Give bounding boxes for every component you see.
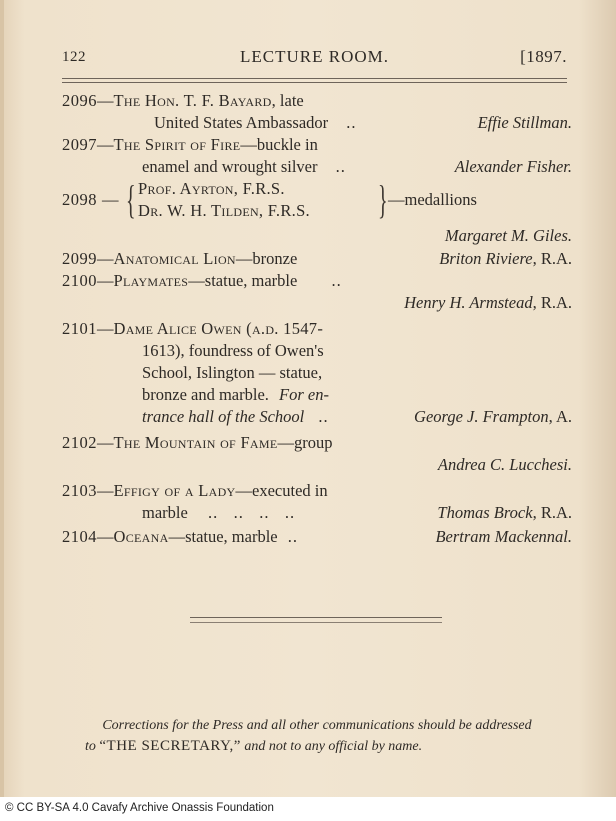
entry-text: —executed in xyxy=(236,481,328,500)
leader-dots: .. .. .. .. xyxy=(208,503,295,522)
entry-2102-line-2: Andrea C. Lucchesi. xyxy=(62,454,572,476)
entry-artist: Effie Stillman. xyxy=(478,112,572,134)
entry-title: Anatomical Lion xyxy=(114,249,236,268)
entry-2097-line-1: 2097—The Spirit of Fire—buckle in xyxy=(62,134,572,156)
entry-text: —medallions xyxy=(388,189,477,211)
entry-artist: George J. Frampton xyxy=(414,407,549,426)
entry-2097-line-2: enamel and wrought silver .. Alexander F… xyxy=(62,156,572,178)
entry-2101-line-5: trance hall of the School .. George J. F… xyxy=(62,406,572,428)
entry-2099: 2099—Anatomical Lion—bronze Briton Rivie… xyxy=(62,248,572,270)
entry-number: 2102 xyxy=(62,433,97,452)
entry-note: For en- xyxy=(279,385,329,404)
entry-2100-line-1: 2100—Playmates—statue, marble .. xyxy=(62,270,572,292)
entry-2101-line-4: bronze and marble. For en- xyxy=(62,384,572,406)
entry-artist-block: Briton Riviere, R.A. xyxy=(439,248,572,270)
entry-title: Effigy of a Lady xyxy=(114,481,236,500)
entry-artist: Thomas Brock xyxy=(437,503,532,522)
entry-text: , late xyxy=(272,91,304,110)
entry-number: 2098 xyxy=(62,189,97,211)
right-brace-icon: } xyxy=(378,178,388,222)
entry-title: The Mountain of Fame xyxy=(114,433,278,452)
leader-dots: .. xyxy=(331,271,341,290)
sitter-name: Prof. Ayrton, F.R.S. xyxy=(138,178,310,200)
entry-number: 2097 xyxy=(62,135,97,154)
entry-text: —bronze xyxy=(236,249,297,268)
entry-artist-block: Henry H. Armstead, R.A. xyxy=(404,292,572,314)
footer-prefix: to xyxy=(85,739,99,754)
header-rule xyxy=(62,78,567,83)
entry-artist: Alexander Fisher. xyxy=(455,156,572,178)
entry-artist: Bertram Mackennal. xyxy=(435,526,572,548)
entry-artist: Briton Riviere xyxy=(439,249,532,268)
entry-number: 2100 xyxy=(62,271,97,290)
entry-text: marble xyxy=(142,503,188,522)
footer-suffix: and not to any official by name. xyxy=(241,739,422,754)
entry-2098: 2098 — { Prof. Ayrton, F.R.S. Dr. W. H. … xyxy=(62,178,572,222)
entry-text: —statue, marble xyxy=(188,271,297,290)
leader-dots: .. xyxy=(318,407,328,426)
entry-artist-block: Thomas Brock, R.A. xyxy=(437,502,572,524)
sitter-name: Dr. W. H. Tilden, F.R.S. xyxy=(138,200,310,222)
entry-text: —buckle in xyxy=(240,135,317,154)
entry-note: trance hall of the School xyxy=(142,407,304,426)
copyright-credit: © CC BY-SA 4.0 Cavafy Archive Onassis Fo… xyxy=(5,802,274,814)
leader-dots: .. xyxy=(336,157,346,176)
entry-number: 2103 xyxy=(62,481,97,500)
section-title: LECTURE ROOM. xyxy=(62,47,567,67)
running-header: 122 LECTURE ROOM. [1897. xyxy=(62,47,567,71)
entry-text: —statue, marble xyxy=(169,527,278,546)
sitter-names: Prof. Ayrton, F.R.S. Dr. W. H. Tilden, F… xyxy=(138,178,310,222)
entry-title: Dame Alice Owen (a.d. 1547- xyxy=(114,319,324,338)
entry-2104: 2104—Oceana—statue, marble .. Bertram Ma… xyxy=(62,526,572,548)
footer-note-line-1: Corrections for the Press and all other … xyxy=(62,715,572,736)
entry-artist: Andrea C. Lucchesi. xyxy=(438,454,572,476)
entry-artist-block: George J. Frampton, A. xyxy=(414,406,572,428)
footer-note: Corrections for the Press and all other … xyxy=(62,715,572,757)
entry-artist: Margaret M. Giles. xyxy=(445,225,572,247)
entry-title: Playmates xyxy=(114,271,189,290)
entry-number: 2104 xyxy=(62,527,97,546)
entry-title: Oceana xyxy=(114,527,169,546)
year-label: [1897. xyxy=(520,47,567,67)
entry-2101-line-2: 1613), foundress of Owen's xyxy=(62,340,572,362)
entry-text: —group xyxy=(278,433,333,452)
entry-2100-line-2: Henry H. Armstead, R.A. xyxy=(62,292,572,314)
artist-suffix: , R.A. xyxy=(533,293,572,312)
footer-secretary: “THE SECRETARY,” xyxy=(99,738,241,754)
entry-2103-line-2: marble .. .. .. .. Thomas Brock, R.A. xyxy=(62,502,572,524)
entry-title: The Spirit of Fire xyxy=(114,135,241,154)
left-brace-icon: { xyxy=(126,178,136,222)
artist-suffix: , R.A. xyxy=(533,249,572,268)
entry-text: 1613), foundress of Owen's xyxy=(142,341,324,360)
entry-text: enamel and wrought silver xyxy=(142,157,318,176)
leader-dots: .. xyxy=(346,113,356,132)
em-dash: — xyxy=(102,189,119,211)
entry-2101-line-3: School, Islington — statue, xyxy=(62,362,572,384)
entry-text: School, Islington — statue, xyxy=(142,363,322,382)
entry-2096-line-2: United States Ambassador .. Effie Stillm… xyxy=(62,112,572,134)
entry-text: bronze and marble. xyxy=(142,385,269,404)
entry-number: 2096 xyxy=(62,91,97,110)
section-end-rule xyxy=(190,617,442,623)
entry-2098-artist-line: Margaret M. Giles. xyxy=(62,222,572,248)
entry-number: 2099 xyxy=(62,249,97,268)
entry-text: United States Ambassador xyxy=(154,113,328,132)
entry-2103-line-1: 2103—Effigy of a Lady—executed in xyxy=(62,480,572,502)
artist-suffix: , A. xyxy=(549,407,572,426)
leader-dots: .. xyxy=(288,527,298,546)
scanned-page: 122 LECTURE ROOM. [1897. 2096—The Hon. T… xyxy=(0,0,616,797)
artist-suffix: , R.A. xyxy=(533,503,572,522)
entry-2101-line-1: 2101—Dame Alice Owen (a.d. 1547- xyxy=(62,318,572,340)
footer-note-line-2: to “THE SECRETARY,” and not to any offic… xyxy=(62,736,572,757)
catalogue-entries: 2096—The Hon. T. F. Bayard, late United … xyxy=(62,90,572,548)
entry-title: The Hon. T. F. Bayard xyxy=(114,91,272,110)
entry-artist: Henry H. Armstead xyxy=(404,293,532,312)
entry-2096-line-1: 2096—The Hon. T. F. Bayard, late xyxy=(62,90,572,112)
entry-number: 2101 xyxy=(62,319,97,338)
entry-2102-line-1: 2102—The Mountain of Fame—group xyxy=(62,432,572,454)
